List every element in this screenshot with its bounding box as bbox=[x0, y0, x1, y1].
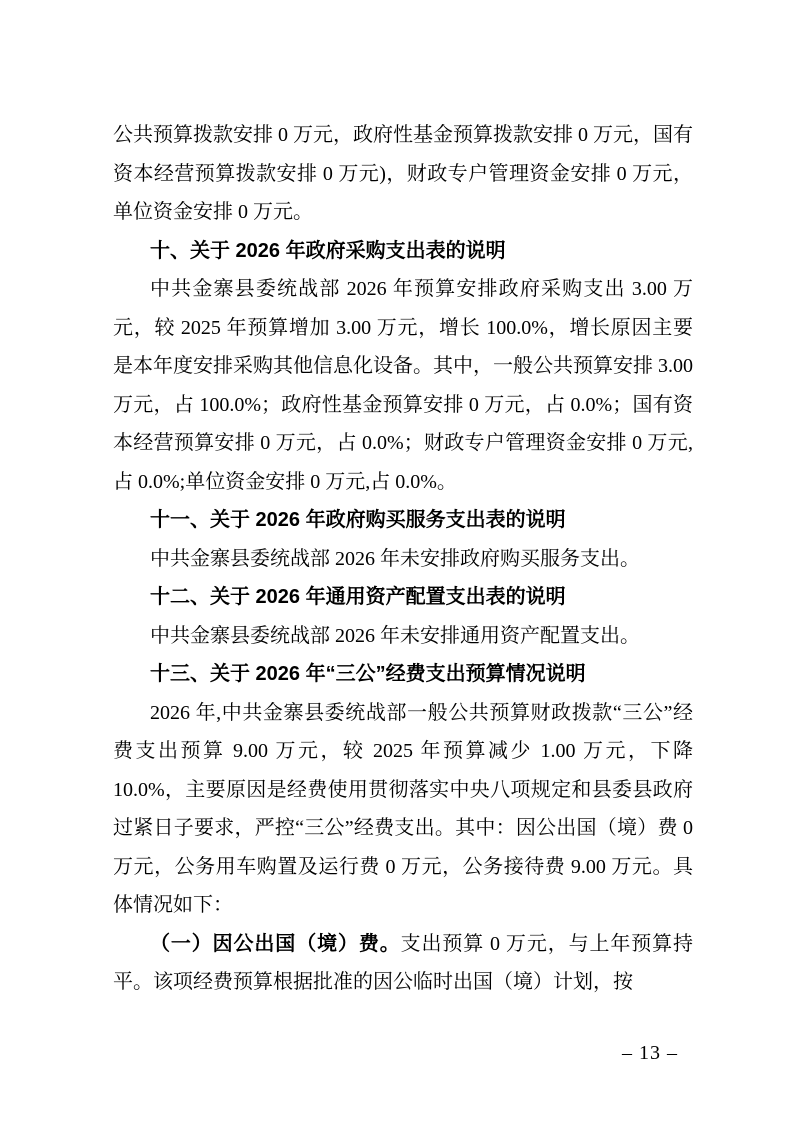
heading-section-13-three-public-expenses: 十三、关于 2026 年“三公”经费支出预算情况说明 bbox=[113, 655, 693, 694]
page-number: – 13 – bbox=[600, 1042, 700, 1065]
paragraph-three-public-expenses: 2026 年,中共金寨县委统战部一般公共预算财政拨款“三公”经费支出预算 9.0… bbox=[113, 694, 693, 925]
paragraph-purchased-services: 中共金寨县委统战部 2026 年未安排政府购买服务支出。 bbox=[113, 540, 693, 579]
paragraph-overseas-travel-lead: （一）因公出国（境）费。 bbox=[150, 933, 401, 955]
heading-section-11-purchased-services: 十一、关于 2026 年政府购买服务支出表的说明 bbox=[113, 501, 693, 540]
paragraph-government-procurement: 中共金寨县委统战部 2026 年预算安排政府采购支出 3.00 万元，较 202… bbox=[113, 270, 693, 501]
paragraph-continuation: 公共预算拨款安排 0 万元，政府性基金预算拨款安排 0 万元，国有资本经营预算拨… bbox=[113, 116, 693, 232]
document-page: 公共预算拨款安排 0 万元，政府性基金预算拨款安排 0 万元，国有资本经营预算拨… bbox=[0, 0, 793, 1122]
heading-section-10-government-procurement: 十、关于 2026 年政府采购支出表的说明 bbox=[113, 232, 693, 271]
paragraph-asset-allocation: 中共金寨县委统战部 2026 年未安排通用资产配置支出。 bbox=[113, 617, 693, 656]
paragraph-overseas-travel: （一）因公出国（境）费。支出预算 0 万元，与上年预算持平。该项经费预算根据批准… bbox=[113, 925, 693, 1002]
document-content: 公共预算拨款安排 0 万元，政府性基金预算拨款安排 0 万元，国有资本经营预算拨… bbox=[113, 116, 693, 1002]
heading-section-12-asset-allocation: 十二、关于 2026 年通用资产配置支出表的说明 bbox=[113, 578, 693, 617]
